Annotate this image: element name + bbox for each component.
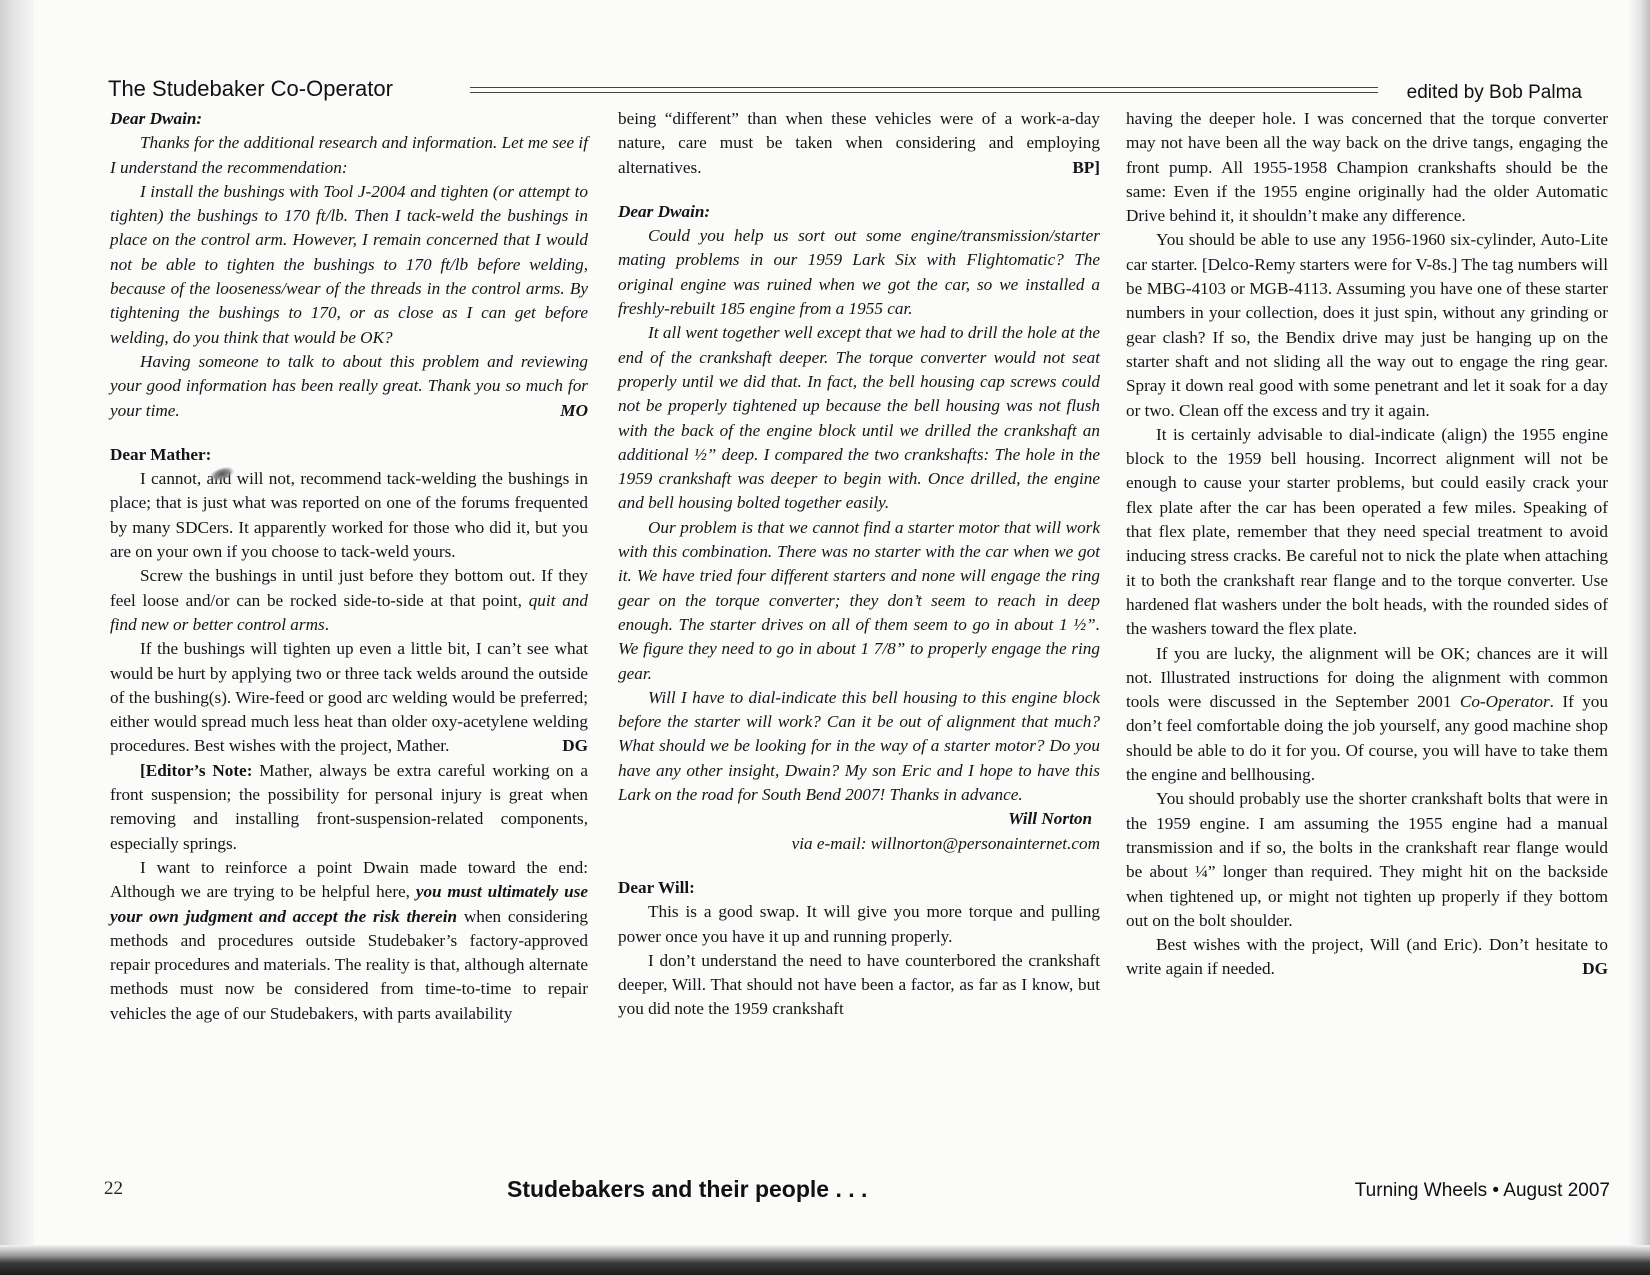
reply-paragraph: You should be able to use any 1956-1960 …: [1126, 228, 1608, 422]
editors-note-label: [Editor’s Note:: [140, 761, 252, 780]
reply-paragraph: Best wishes with the project, Will (and …: [1126, 933, 1608, 982]
letter-salutation: Dear Dwain:: [110, 107, 588, 131]
reader-letter-will-norton: Could you help us sort out some engine/t…: [618, 224, 1100, 807]
editors-note: [Editor’s Note: Mather, always be extra …: [110, 759, 588, 856]
publication-reference: Co-Operator: [1460, 692, 1550, 711]
reply-paragraph: having the deeper hole. I was concerned …: [1126, 107, 1608, 228]
letter-paragraph: It all went together well except that we…: [618, 321, 1100, 515]
editors-note-continued: being “different” than when these vehicl…: [618, 107, 1100, 180]
reply-signature: DG: [532, 734, 588, 758]
reply-paragraph: This is a good swap. It will give you mo…: [618, 900, 1100, 949]
letter-paragraph: Having someone to talk to about this pro…: [110, 350, 588, 423]
reply-paragraph: I cannot, and will not, recommend tack-w…: [110, 467, 588, 564]
page-edge-shadow: [1628, 0, 1650, 1262]
column-1: Dear Dwain: Thanks for the additional re…: [110, 107, 588, 1026]
letter-signature-name: Will Norton: [618, 807, 1100, 831]
column-2: being “different” than when these vehicl…: [618, 107, 1100, 1022]
reply-paragraph: Screw the bushings in until just before …: [110, 564, 588, 637]
letter-salutation: Dear Dwain:: [618, 200, 1100, 224]
section-footer: Studebakers and their people . . .: [507, 1176, 867, 1203]
letter-signature-email: via e-mail: willnorton@personainternet.c…: [618, 832, 1100, 856]
page-header: The Studebaker Co-Operator edited by Bob…: [108, 76, 1610, 106]
reply-salutation: Dear Will:: [618, 876, 1100, 900]
letter-paragraph: Will I have to dial-indicate this bell h…: [618, 686, 1100, 807]
letter-paragraph: Could you help us sort out some engine/t…: [618, 224, 1100, 321]
reply-paragraph: You should probably use the shorter cran…: [1126, 787, 1608, 933]
page-binding-shadow: [0, 0, 34, 1262]
magazine-page: The Studebaker Co-Operator edited by Bob…: [0, 0, 1650, 1262]
reply-signature: DG: [1552, 957, 1608, 981]
reply-salutation: Dear Mather:: [110, 443, 588, 467]
publication-footer: Turning Wheels • August 2007: [1355, 1180, 1610, 1202]
editors-note-paragraph: I want to reinforce a point Dwain made t…: [110, 856, 588, 1026]
letter-signature: MO: [530, 399, 588, 423]
column-title: The Studebaker Co-Operator: [108, 76, 393, 102]
page-number: 22: [104, 1178, 123, 1200]
letter-paragraph: Thanks for the additional research and i…: [110, 131, 588, 180]
reply-paragraph: It is certainly advisable to dial-indica…: [1126, 423, 1608, 642]
reply-paragraph: If the bushings will tighten up even a l…: [110, 637, 588, 758]
reader-letter-mo: Thanks for the additional research and i…: [110, 131, 588, 423]
letter-paragraph: I install the bushings with Tool J-2004 …: [110, 180, 588, 350]
reply-paragraph: I don’t understand the need to have coun…: [618, 949, 1100, 1022]
reply-paragraph: If you are lucky, the alignment will be …: [1126, 642, 1608, 788]
header-double-rule: [470, 87, 1378, 93]
editors-note-signature: BP]: [1072, 156, 1100, 180]
letter-paragraph: Our problem is that we cannot find a sta…: [618, 516, 1100, 686]
column-3: having the deeper hole. I was concerned …: [1126, 107, 1608, 982]
page-bottom-shadow: [0, 1245, 1650, 1275]
editor-credit: edited by Bob Palma: [1407, 82, 1582, 104]
